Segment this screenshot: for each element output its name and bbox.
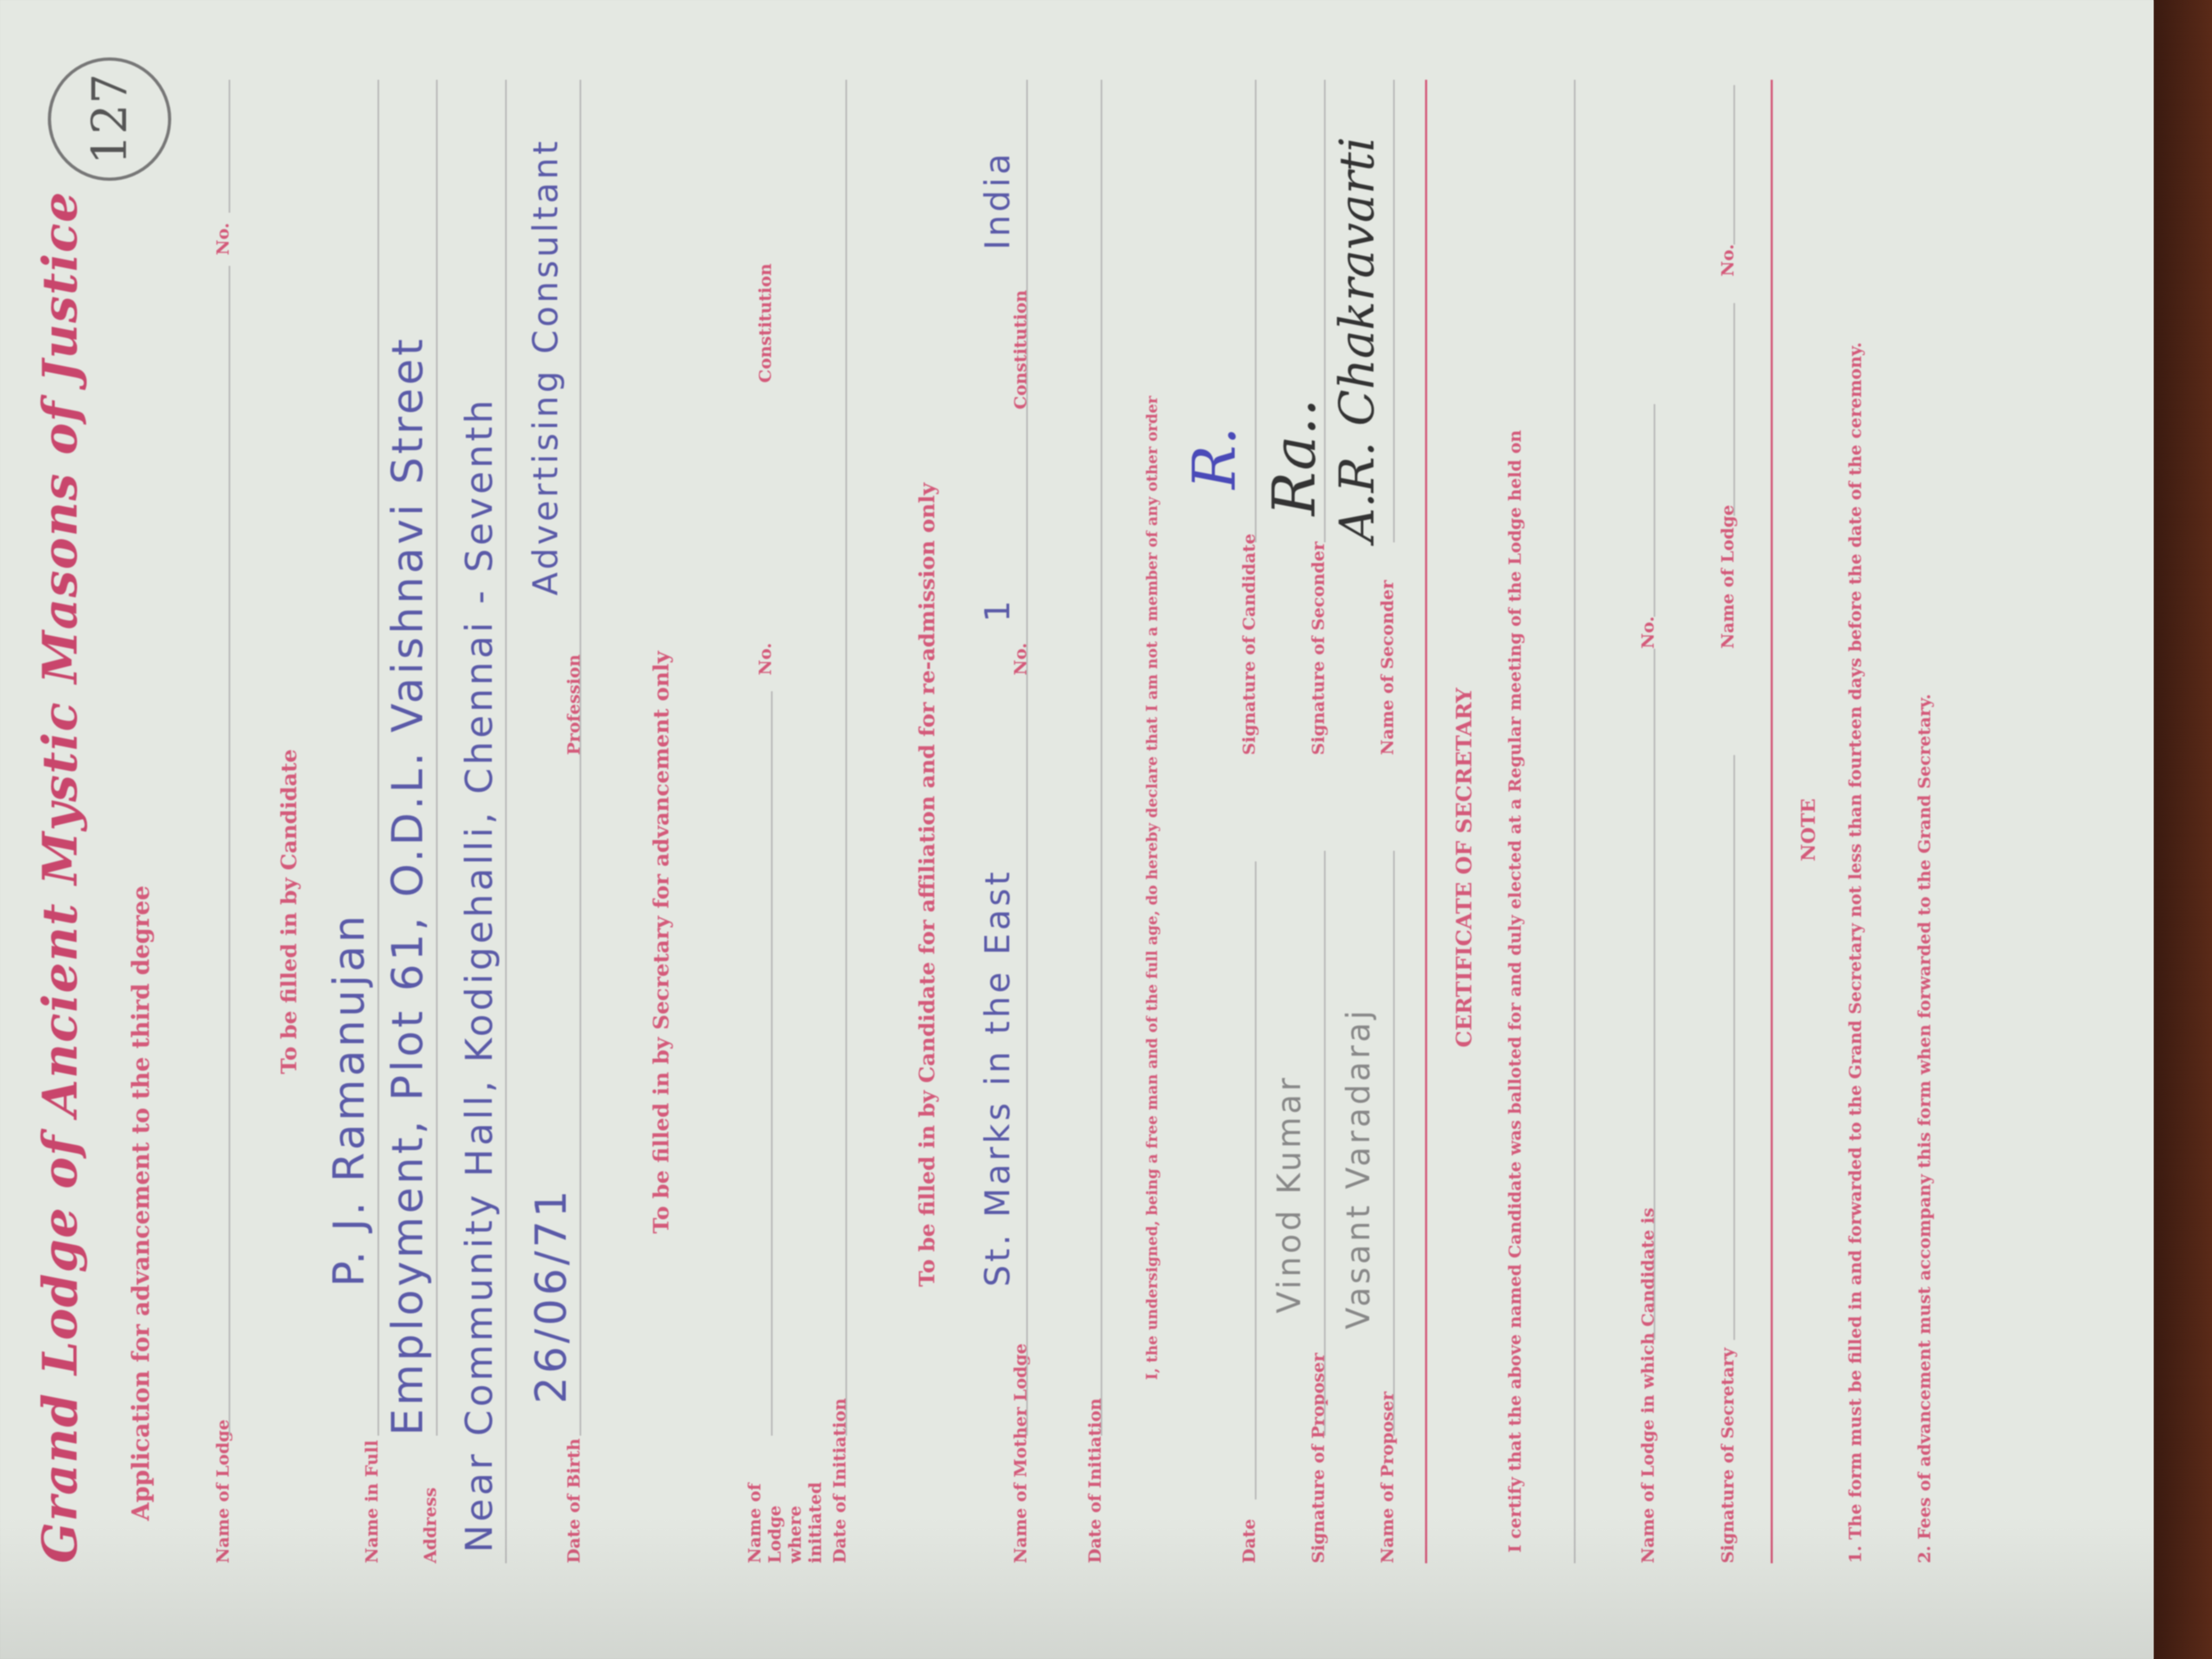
lodge-line	[229, 266, 230, 1436]
seconder-name: A.R. Chakravarti	[1329, 137, 1385, 542]
address-value-1: Employment, Plot 61, O.D.L. Vaishnavi St…	[383, 336, 432, 1436]
certificate-line	[1574, 80, 1576, 1563]
mother-lodge-value: St. Marks in the East	[978, 869, 1018, 1287]
initiation-line	[845, 80, 847, 1436]
certificate-heading: CERTIFICATE OF SECRETARY	[1452, 688, 1477, 1048]
profession-value: Advertising Consultant	[526, 138, 566, 596]
cert-no-line	[1654, 404, 1655, 617]
proposer-signature-line	[1324, 851, 1326, 1436]
cert-no-label: No.	[1638, 616, 1658, 649]
proposer-name-line	[1393, 851, 1395, 1436]
cert-lodge-name-label: Name of Lodge	[1717, 505, 1738, 649]
address-value-2: Near Community Hall, Kodigehalli, Chenna…	[457, 397, 501, 1553]
note-2: 2. Fees of advancement must accompany th…	[1914, 74, 1934, 1563]
address-line-1	[436, 80, 438, 1436]
section-divider-1	[1425, 80, 1427, 1563]
notes-heading: NOTE	[1797, 799, 1820, 862]
sec2-no-value: 1	[978, 597, 1018, 622]
document-subtitle: Application for advancement to the third…	[128, 885, 155, 1521]
seconder-name-line	[1393, 80, 1395, 542]
certificate-body: I certify that the above named Candidate…	[1505, 117, 1525, 1553]
sec1-constitution-label: Constitution	[755, 263, 775, 383]
cert-lodge-line	[1654, 649, 1655, 1340]
cert-no-label-2: No.	[1717, 244, 1738, 276]
document-title: Grand Lodge of Ancient Mystic Masons of …	[32, 191, 88, 1563]
seconder-signature-label: Signature of Seconder	[1308, 542, 1328, 755]
secretary-heading-1: To be filled in by Secretary for advance…	[649, 651, 674, 1234]
date-line	[1255, 861, 1256, 1499]
photo-shadow	[0, 1515, 2154, 1659]
lodge-no-line	[229, 80, 230, 213]
declaration-note: I, the undersigned, being a free man and…	[1143, 383, 1161, 1393]
candidate-signature-label: Signature of Candidate	[1239, 533, 1259, 755]
lodge-initiated-line	[771, 691, 773, 1436]
sec2-initiation-line	[1101, 80, 1102, 1436]
cert-no-line-2	[1733, 85, 1735, 245]
address-line-2	[505, 80, 507, 1563]
sec2-constitution-value: India	[978, 150, 1018, 250]
dob-line	[580, 80, 581, 1436]
name-value: P. J. Ramanujan	[324, 912, 374, 1287]
form-page: Grand Lodge of Ancient Mystic Masons of …	[0, 0, 2154, 1659]
name-line	[378, 80, 379, 1436]
note-1: 1. The form must be filled in and forwar…	[1845, 74, 1865, 1563]
candidate-signature-line	[1255, 80, 1256, 542]
seconder-name-label: Name of Seconder	[1377, 580, 1397, 755]
desk-edge	[2154, 0, 2212, 1659]
candidate-signature: R.	[1180, 426, 1249, 489]
page-number-stamp: 127	[48, 57, 171, 181]
candidate-heading: To be filled in by Candidate	[276, 749, 301, 1074]
seconder-signature: Ra..	[1260, 398, 1328, 516]
mother-lodge-line	[1026, 80, 1028, 1436]
cert-lodge-name-line	[1733, 303, 1735, 516]
dob-value: 26/06/71	[526, 1187, 576, 1404]
proposer-signature: Vinod Kumar	[1271, 1075, 1308, 1313]
proposer-name: Vasant Varadaraj	[1340, 1008, 1377, 1329]
lodge-no-label: No.	[213, 223, 233, 255]
section-divider-2	[1771, 80, 1773, 1563]
seconder-signature-line	[1324, 80, 1326, 542]
secretary-heading-2: To be filled in by Candidate for affilia…	[915, 483, 940, 1287]
sec1-no-label: No.	[755, 643, 775, 675]
secretary-signature-line	[1733, 755, 1735, 1340]
